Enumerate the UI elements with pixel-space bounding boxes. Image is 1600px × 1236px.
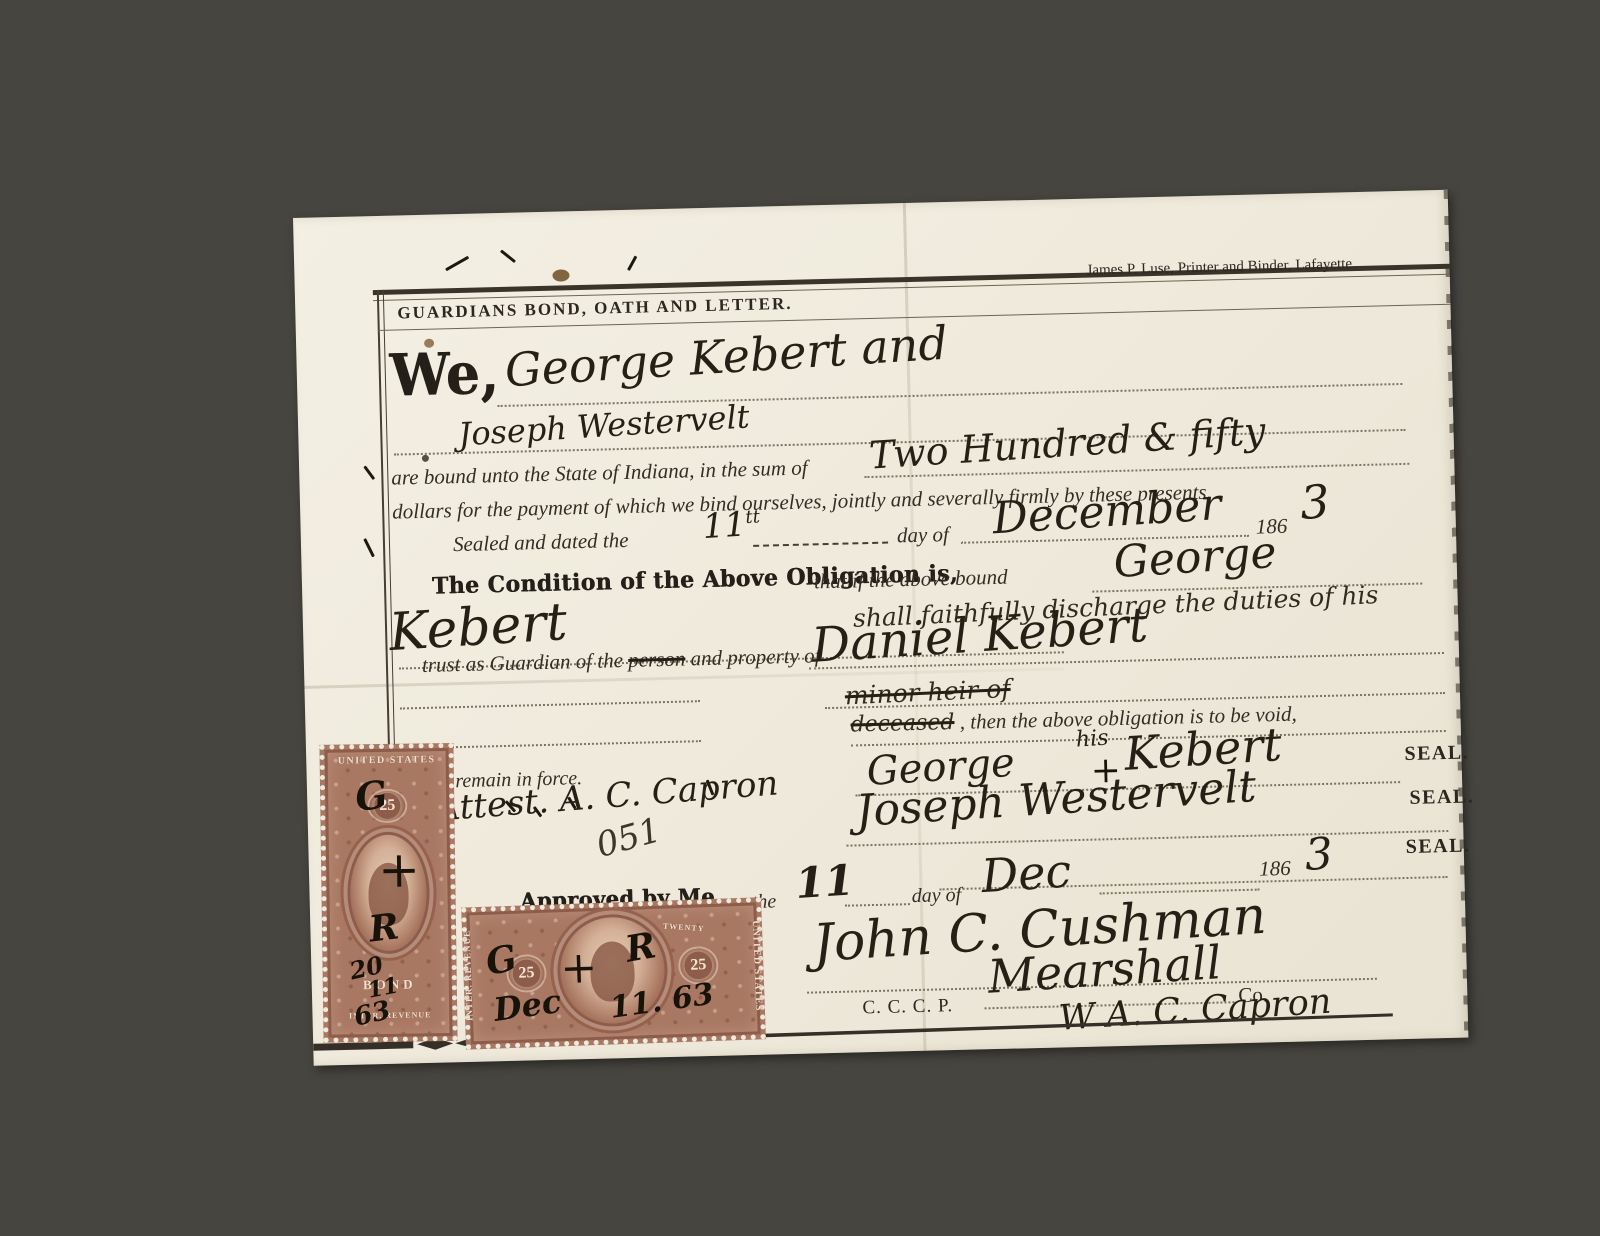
revenue-stamp-horizontal: INTER. REVENUE UNITED STATES 25 25 TWENT…	[461, 897, 766, 1049]
pen-mark	[500, 249, 516, 263]
pen-mark	[445, 256, 469, 271]
trust-clause-1: trust as Guardian of the	[422, 648, 624, 677]
struck-deceased-word: deceased	[850, 710, 955, 738]
day-suffix: tt	[745, 506, 761, 528]
seal-label-1: SEAL.	[1404, 741, 1469, 766]
signature1-his: his	[1075, 726, 1109, 753]
bound-name-handwriting: George	[1112, 527, 1278, 588]
day-of-label: day of	[897, 522, 950, 548]
sealed-day-handwriting: 11tt	[701, 504, 761, 548]
docket-scribble: 051	[592, 810, 665, 866]
seal-label-3: SEAL.	[1405, 834, 1470, 859]
trust-clause-2: and property of	[690, 643, 820, 670]
bound-clause: are bound unto the State of Indiana, in …	[391, 456, 808, 491]
we-word: We,	[389, 339, 500, 410]
stamp-cancel-cross: +	[559, 942, 598, 994]
ink-stain	[552, 269, 569, 281]
photo-background: { "colors": { "background": "#47453f", "…	[0, 0, 1600, 1236]
ink-stain	[422, 455, 429, 462]
approval-month-handwriting: Dec	[980, 844, 1073, 904]
stamp-right-edge-label: UNITED STATES	[750, 920, 764, 1012]
ruled-line-dashed	[753, 542, 888, 547]
ruled-line	[845, 903, 910, 907]
pen-mark	[627, 255, 637, 270]
principal-names-handwriting: George Kebert and	[503, 316, 949, 398]
year-digit-handwriting: 3	[1299, 474, 1332, 530]
sealed-clause: Sealed and dated the	[453, 528, 629, 557]
struck-person-word: person	[628, 647, 686, 672]
stamp-country-label: UNITED STATES	[325, 754, 449, 767]
court-label: C. C. C. P.	[862, 995, 953, 1019]
document-paper: GUARDIANS BOND, OATH AND LETTER. James P…	[293, 190, 1468, 1066]
approval-year-prefix: 186	[1259, 856, 1291, 882]
ruled-line	[400, 700, 700, 709]
approval-day-handwriting: 11	[794, 855, 855, 908]
seal-label-2: SEAL.	[1409, 785, 1474, 810]
paper-deckle-edge	[1444, 190, 1470, 1038]
stamp-cancel-initial: R	[367, 905, 402, 950]
pen-mark	[363, 465, 375, 480]
stamp-cancel-cross: +	[378, 840, 421, 899]
stamp-cancel-initial: G	[352, 771, 391, 820]
condition-clause: that if the above bound	[814, 565, 1008, 595]
revenue-stamp-vertical: UNITED STATES 25 BOND INTER. REVENUE G +…	[319, 743, 457, 1043]
pen-mark	[363, 538, 375, 557]
approval-year-digit: 3	[1303, 828, 1334, 881]
ruled-line	[846, 830, 1448, 847]
